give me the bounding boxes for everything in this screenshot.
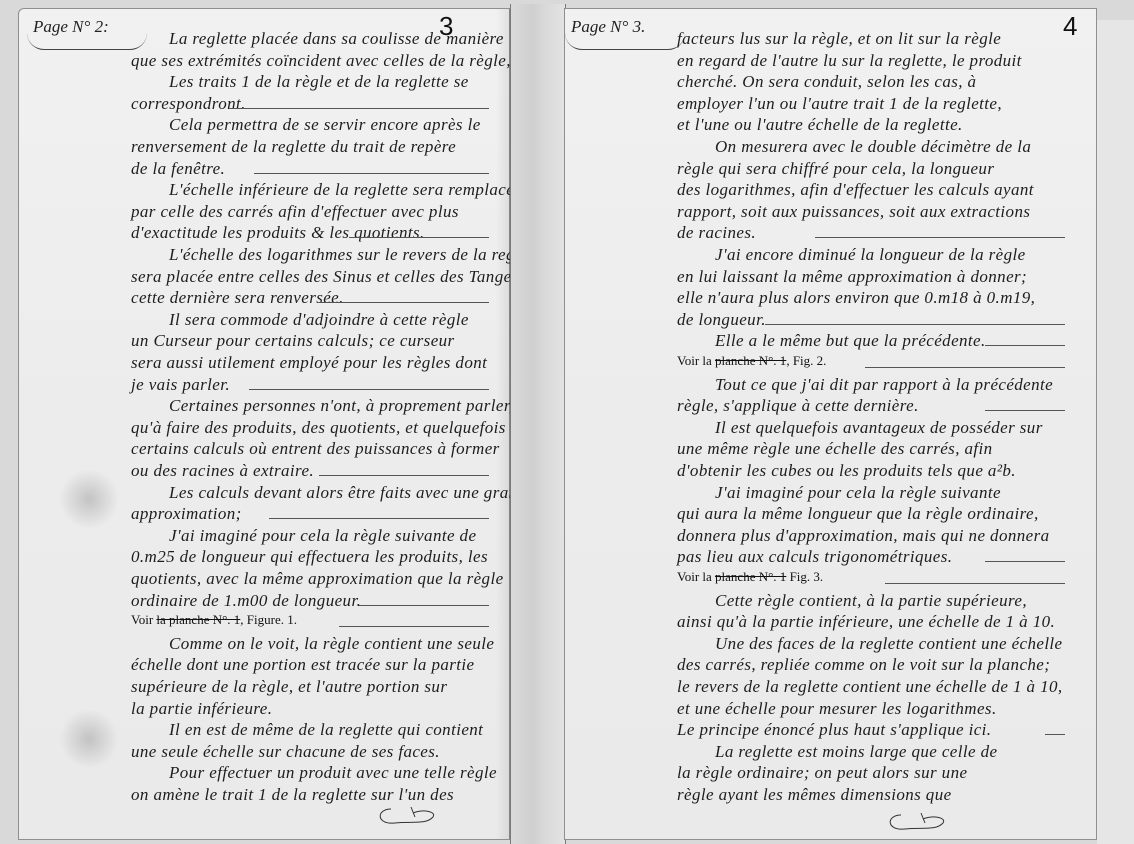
manuscript-line: Tout ce que j'ai dit par rapport à la pr… <box>715 375 1053 395</box>
header-flourish <box>27 33 147 50</box>
manuscript-line: elle n'aura plus alors environ que 0.m18… <box>677 288 1035 308</box>
figure-reference-note: Voir la planche N°. 1 Fig. 3. <box>677 569 823 585</box>
manuscript-line: qui aura la même longueur que la règle o… <box>677 504 1039 524</box>
manuscript-line: Une des faces de la reglette contient un… <box>715 634 1063 654</box>
manuscript-line: Le principe énoncé plus haut s'applique … <box>677 720 991 740</box>
manuscript-line: Cette règle contient, à la partie supéri… <box>715 591 1027 611</box>
manuscript-line: Les calculs devant alors être faits avec… <box>169 483 534 503</box>
line-filler-stroke <box>815 237 1065 238</box>
manuscript-line: supérieure de la règle, et l'autre porti… <box>131 677 447 697</box>
end-flourish-icon <box>881 805 951 835</box>
line-filler-stroke <box>765 324 1065 325</box>
line-filler-stroke <box>319 302 489 303</box>
manuscript-line: Il est quelquefois avantageux de posséde… <box>715 418 1043 438</box>
figure-reference-note: Voir la planche N°. 1, Fig. 2. <box>677 353 826 369</box>
manuscript-line: sera placée entre celles des Sinus et ce… <box>131 267 545 287</box>
manuscript-line: des carrés, repliée comme on le voit sur… <box>677 655 1050 675</box>
manuscript-line: La reglette est moins large que celle de <box>715 742 997 762</box>
adjacent-page-edge <box>1097 20 1134 844</box>
line-filler-stroke <box>865 367 1065 368</box>
manuscript-line: L'échelle inférieure de la reglette sera… <box>169 180 522 200</box>
manuscript-line: cherché. On sera conduit, selon les cas,… <box>677 72 976 92</box>
line-filler-stroke <box>254 173 489 174</box>
manuscript-line: règle, s'applique à cette dernière. <box>677 396 919 416</box>
manuscript-line: un Curseur pour certains calculs; ce cur… <box>131 331 455 351</box>
line-filler-stroke <box>339 626 489 627</box>
manuscript-line: rapport, soit aux puissances, soit aux e… <box>677 202 1030 222</box>
line-filler-stroke <box>319 475 489 476</box>
left-page: Page N° 2: 3 La reglette placée dans sa … <box>18 8 510 840</box>
manuscript-line: de racines. <box>677 223 756 243</box>
manuscript-line: d'exactitude les produits & les quotient… <box>131 223 425 243</box>
manuscript-line: cette dernière sera renversée. <box>131 288 344 308</box>
manuscript-line: le revers de la reglette contient une éc… <box>677 677 1063 697</box>
manuscript-line: Pour effectuer un produit avec une telle… <box>169 763 497 783</box>
manuscript-line: donnera plus d'approximation, mais qui n… <box>677 526 1050 546</box>
manuscript-line: en lui laissant la même approximation à … <box>677 267 1027 287</box>
line-filler-stroke <box>269 518 489 519</box>
manuscript-line: approximation; <box>131 504 242 524</box>
manuscript-line: Cela permettra de se servir encore après… <box>169 115 481 135</box>
manuscript-line: une seule échelle sur chacune de ses fac… <box>131 742 440 762</box>
right-folio-number: 4 <box>1063 11 1077 42</box>
right-page: Page N° 3. 4 facteurs lus sur la règle, … <box>564 8 1097 840</box>
header-flourish <box>565 33 685 50</box>
manuscript-line: des logarithmes, afin d'effectuer les ca… <box>677 180 1034 200</box>
book-gutter <box>510 4 566 844</box>
struck-text: planche N°. 1 <box>715 353 786 368</box>
manuscript-line: J'ai imaginé pour cela la règle suivante <box>715 483 1001 503</box>
struck-text: planche N°. 1 <box>715 569 786 584</box>
manuscript-spread: Page N° 2: 3 La reglette placée dans sa … <box>0 0 1134 844</box>
manuscript-line: règle ayant les mêmes dimensions que <box>677 785 952 805</box>
line-filler-stroke <box>349 237 489 238</box>
struck-text: la planche N°. 1 <box>156 612 240 627</box>
manuscript-line: et l'une ou l'autre échelle de la reglet… <box>677 115 963 135</box>
manuscript-line: pas lieu aux calculs trigonométriques. <box>677 547 952 567</box>
manuscript-line: de la fenêtre. <box>131 159 225 179</box>
line-filler-stroke <box>985 561 1065 562</box>
manuscript-line: sera aussi utilement employé pour les rè… <box>131 353 487 373</box>
right-page-header: Page N° 3. <box>571 17 645 37</box>
line-filler-stroke <box>985 410 1065 411</box>
manuscript-line: de longueur. <box>677 310 766 330</box>
paper-smudge <box>59 469 119 529</box>
manuscript-line: L'échelle des logarithmes sur le revers … <box>169 245 546 265</box>
left-page-header: Page N° 2: <box>33 17 109 37</box>
manuscript-line: échelle dont une portion est tracée sur … <box>131 655 474 675</box>
manuscript-line: d'obtenir les cubes ou les produits tels… <box>677 461 1016 481</box>
manuscript-line: qu'à faire des produits, des quotients, … <box>131 418 506 438</box>
line-filler-stroke <box>229 108 489 109</box>
manuscript-line: règle qui sera chiffré pour cela, la lon… <box>677 159 994 179</box>
manuscript-line: ou des racines à extraire. <box>131 461 314 481</box>
manuscript-line: ainsi qu'à la partie inférieure, une éch… <box>677 612 1055 632</box>
line-filler-stroke <box>885 583 1065 584</box>
manuscript-line: je vais parler. <box>131 375 230 395</box>
manuscript-line: en regard de l'autre lu sur la reglette,… <box>677 51 1022 71</box>
manuscript-line: Certaines personnes n'ont, à proprement … <box>169 396 514 416</box>
line-filler-stroke <box>1045 734 1065 735</box>
manuscript-line: Il sera commode d'adjoindre à cette règl… <box>169 310 469 330</box>
manuscript-line: Comme on le voit, la règle contient une … <box>169 634 494 654</box>
manuscript-line: J'ai encore diminué la longueur de la rè… <box>715 245 1026 265</box>
figure-reference-note: Voir la planche N°. 1, Figure. 1. <box>131 612 297 628</box>
manuscript-line: que ses extrémités coïncident avec celle… <box>131 51 511 71</box>
manuscript-line: Les traits 1 de la règle et de la reglet… <box>169 72 469 92</box>
line-filler-stroke <box>359 605 489 606</box>
manuscript-line: certains calculs où entrent des puissanc… <box>131 439 500 459</box>
manuscript-line: Il en est de même de la reglette qui con… <box>169 720 483 740</box>
manuscript-line: Elle a le même but que la précédente. <box>715 331 986 351</box>
manuscript-line: par celle des carrés afin d'effectuer av… <box>131 202 459 222</box>
manuscript-line: une même règle une échelle des carrés, a… <box>677 439 993 459</box>
line-filler-stroke <box>249 389 489 390</box>
manuscript-line: La reglette placée dans sa coulisse de m… <box>169 29 504 49</box>
manuscript-line: J'ai imaginé pour cela la règle suivante… <box>169 526 476 546</box>
manuscript-line: ordinaire de 1.m00 de longueur. <box>131 591 361 611</box>
manuscript-line: et une échelle pour mesurer les logarith… <box>677 699 997 719</box>
end-flourish-icon <box>371 799 441 829</box>
manuscript-line: la règle ordinaire; on peut alors sur un… <box>677 763 967 783</box>
paper-smudge <box>59 709 119 769</box>
manuscript-line: employer l'un ou l'autre trait 1 de la r… <box>677 94 1002 114</box>
line-filler-stroke <box>985 345 1065 346</box>
manuscript-line: renversement de la reglette du trait de … <box>131 137 456 157</box>
manuscript-line: correspondront. <box>131 94 246 114</box>
manuscript-line: 0.m25 de longueur qui effectuera les pro… <box>131 547 488 567</box>
manuscript-line: facteurs lus sur la règle, et on lit sur… <box>677 29 1001 49</box>
manuscript-line: On mesurera avec le double décimètre de … <box>715 137 1031 157</box>
manuscript-line: la partie inférieure. <box>131 699 272 719</box>
manuscript-line: quotients, avec la même approximation qu… <box>131 569 504 589</box>
